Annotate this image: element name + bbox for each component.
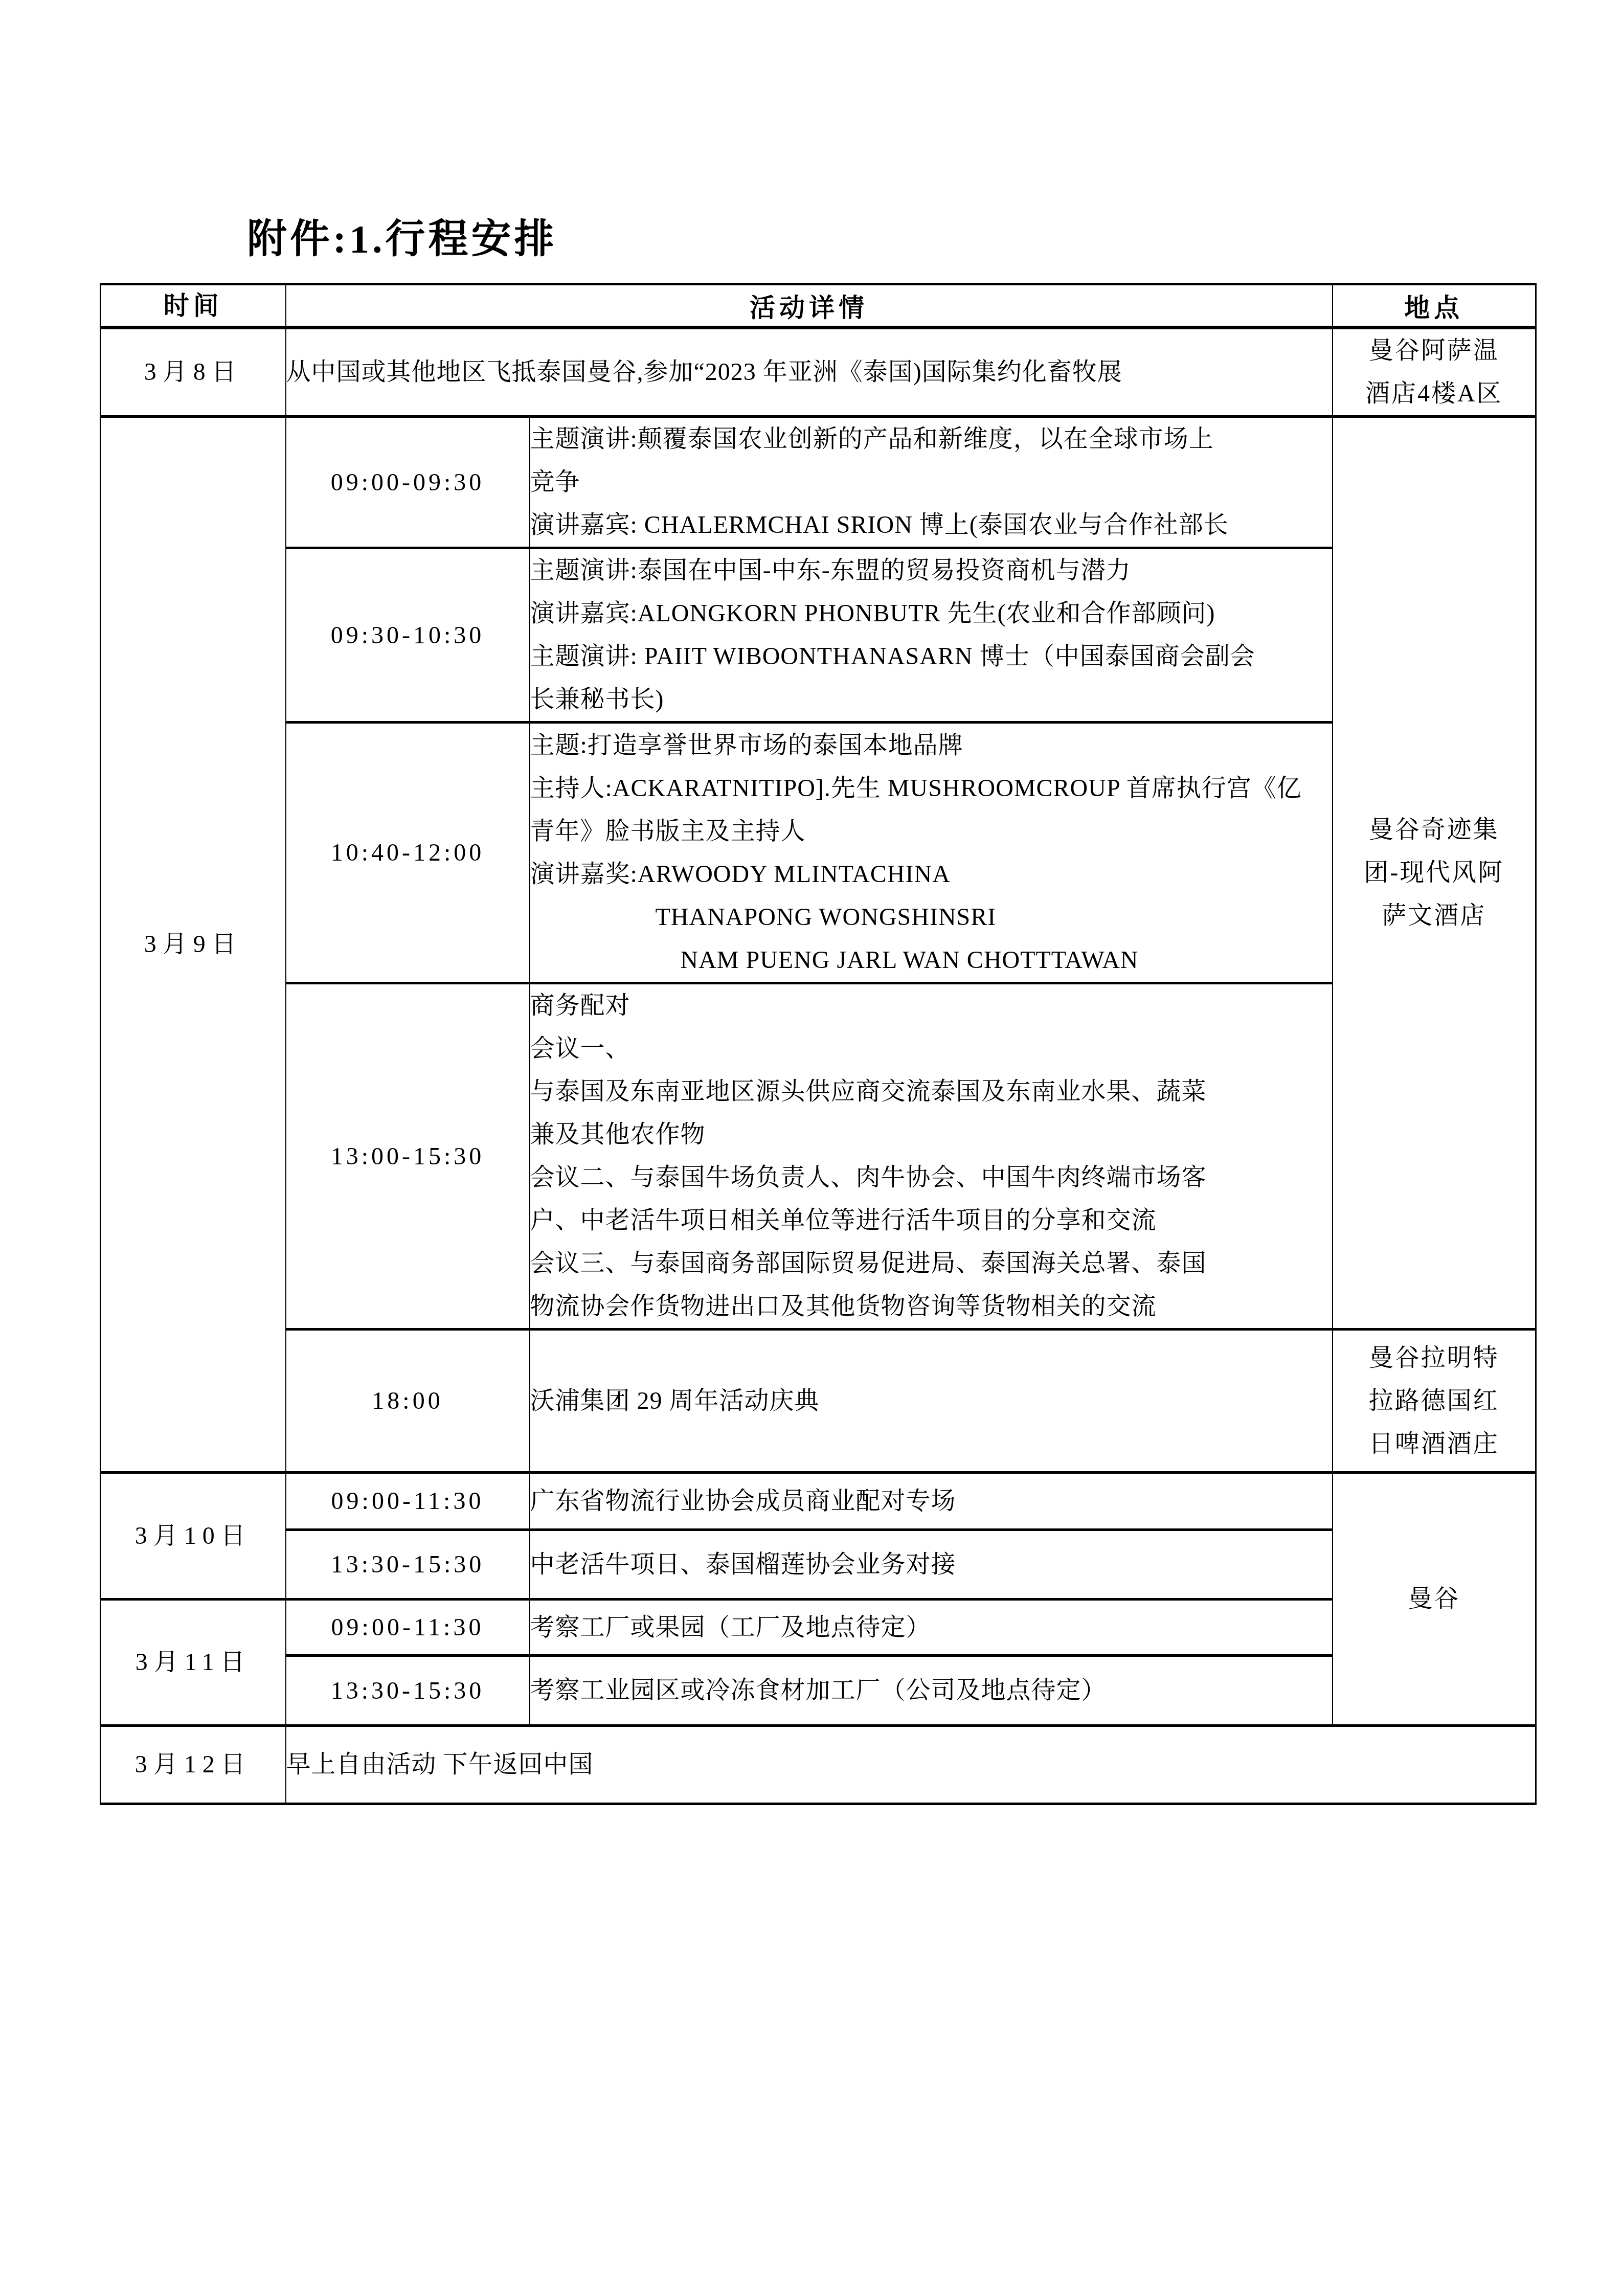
activity-cell-mar10-s2: 中老活牛项日、泰国榴莲协会业务对接 (530, 1530, 1333, 1600)
table-header-row: 时间 活动详情 地点 (101, 284, 1536, 328)
time-cell-mar11-s1: 09:00-11:30 (286, 1600, 530, 1656)
time-cell-mar11-s2: 13:30-15:30 (286, 1656, 530, 1726)
activity-cell-mar9-s1: 主题演讲:颠覆泰国农业创新的产品和新维度，以在全球市场上 竞争 演讲嘉宾: CH… (530, 417, 1333, 548)
location-cell-mar9-evening: 曼谷拉明特 拉路德国红 日啤酒酒庄 (1333, 1330, 1536, 1473)
table-row-mar11-s2: 13:30-15:30 考察工业园区或冷冻食材加工厂（公司及地点待定） (101, 1656, 1536, 1726)
table-row-mar12: 3月12日 早上自由活动 下午返回中国 (101, 1726, 1536, 1804)
time-cell-mar9-s1: 09:00-09:30 (286, 417, 530, 548)
date-cell-mar11: 3月11日 (101, 1600, 286, 1726)
time-cell-mar10-s2: 13:30-15:30 (286, 1530, 530, 1600)
time-cell-mar9-s3: 10:40-12:00 (286, 723, 530, 983)
activity-cell-mar11-s2: 考察工业园区或冷冻食材加工厂（公司及地点待定） (530, 1656, 1333, 1726)
table-row-mar10-s2: 13:30-15:30 中老活牛项日、泰国榴莲协会业务对接 (101, 1530, 1536, 1600)
column-header-activity: 活动详情 (286, 284, 1333, 328)
table-row-mar9-s5: 18:00 沃浦集团 29 周年活动庆典 曼谷拉明特 拉路德国红 日啤酒酒庄 (101, 1330, 1536, 1473)
activity-cell-mar9-s3: 主题:打造享誉世界市场的泰国本地品牌 主持人:ACKARATNITIPO].先生… (530, 723, 1333, 983)
time-cell-mar9-s2: 09:30-10:30 (286, 548, 530, 723)
table-row-mar10-s1: 3月10日 09:00-11:30 广东省物流行业协会成员商业配对专场 曼谷 (101, 1473, 1536, 1530)
date-cell-mar9: 3月9日 (101, 417, 286, 1473)
itinerary-table: 时间 活动详情 地点 3月8日 从中国或其他地区飞抵泰国曼谷,参加“2023 年… (100, 283, 1537, 1805)
location-cell-mar10-mar11: 曼谷 (1333, 1473, 1536, 1726)
column-header-location: 地点 (1333, 284, 1536, 328)
location-cell-mar9-main: 曼谷奇迹集 团-现代风阿 萨文酒店 (1333, 417, 1536, 1330)
page-title: 附件:1.行程安排 (247, 207, 557, 264)
activity-cell-mar9-s2: 主题演讲:泰国在中国-中东-东盟的贸易投资商机与潜力 演讲嘉宾:ALONGKOR… (530, 548, 1333, 723)
table-row-mar9-s2: 09:30-10:30 主题演讲:泰国在中国-中东-东盟的贸易投资商机与潜力 演… (101, 548, 1536, 723)
date-cell-mar8: 3月8日 (101, 328, 286, 417)
time-cell-mar9-s4: 13:00-15:30 (286, 983, 530, 1330)
table-row-mar8: 3月8日 从中国或其他地区飞抵泰国曼谷,参加“2023 年亚洲《泰国)国际集约化… (101, 328, 1536, 417)
activity-cell-mar9-s5: 沃浦集团 29 周年活动庆典 (530, 1330, 1333, 1473)
table-row-mar9-s3: 10:40-12:00 主题:打造享誉世界市场的泰国本地品牌 主持人:ACKAR… (101, 723, 1536, 983)
table-row-mar11-s1: 3月11日 09:00-11:30 考察工厂或果园（工厂及地点待定） (101, 1600, 1536, 1656)
activity-cell-mar12: 早上自由活动 下午返回中国 (286, 1726, 1536, 1804)
activity-cell-mar9-s4: 商务配对 会议一、 与泰国及东南亚地区源头供应商交流泰国及东南业水果、蔬菜 兼及… (530, 983, 1333, 1330)
location-cell-mar8: 曼谷阿萨温 酒店4楼A区 (1333, 328, 1536, 417)
time-cell-mar10-s1: 09:00-11:30 (286, 1473, 530, 1530)
date-cell-mar12: 3月12日 (101, 1726, 286, 1804)
activity-cell-mar11-s1: 考察工厂或果园（工厂及地点待定） (530, 1600, 1333, 1656)
date-cell-mar10: 3月10日 (101, 1473, 286, 1600)
time-cell-mar9-s5: 18:00 (286, 1330, 530, 1473)
table-row-mar9-s1: 3月9日 09:00-09:30 主题演讲:颠覆泰国农业创新的产品和新维度，以在… (101, 417, 1536, 548)
table-row-mar9-s4: 13:00-15:30 商务配对 会议一、 与泰国及东南亚地区源头供应商交流泰国… (101, 983, 1536, 1330)
column-header-time: 时间 (101, 284, 286, 328)
activity-cell-mar10-s1: 广东省物流行业协会成员商业配对专场 (530, 1473, 1333, 1530)
activity-cell-mar8: 从中国或其他地区飞抵泰国曼谷,参加“2023 年亚洲《泰国)国际集约化畜牧展 (286, 328, 1333, 417)
